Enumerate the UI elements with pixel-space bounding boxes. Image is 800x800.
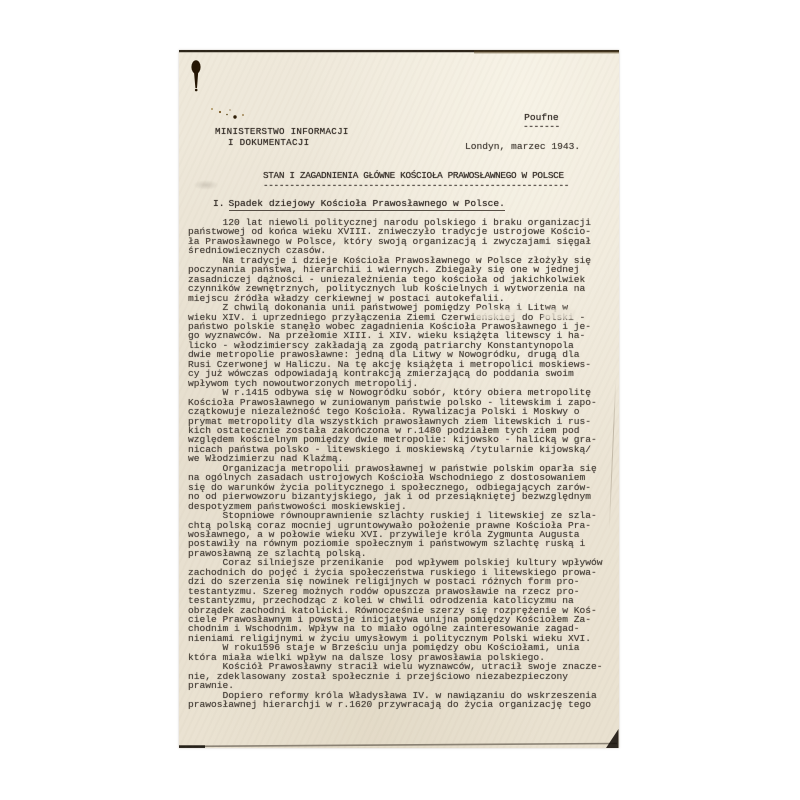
ministry-line1: MINISTERSTWO INFORMACJI — [215, 126, 349, 137]
paragraph-7: Coraz silniejsze przenikanie pod wpływem… — [188, 558, 608, 643]
document-title: STAN I ZAGADNIENIA GŁÓWNE KOŚCIOŁA PRAWO… — [263, 171, 569, 190]
faded-ink-patch — [475, 309, 521, 319]
paragraph-9: Kościół Prawosławny stracił wielu wyznaw… — [188, 662, 608, 690]
document-body: 120 lat niewoli politycznej narodu polsk… — [188, 218, 608, 710]
classification-stamp: Poufne ------- — [523, 113, 560, 131]
paragraph-5: Organizacja metropolii prawosławnej w pa… — [188, 464, 608, 511]
paper-crease — [609, 380, 617, 530]
section-heading: I.Spadek dziejowy Kościoła Prawosławnego… — [213, 199, 505, 209]
paragraph-6: Stopniowe równouprawnienie szlachty rusk… — [188, 511, 608, 558]
section-number: I. — [213, 198, 225, 209]
paragraph-2: Na tradycje i dzieje Kościoła Prawosławn… — [188, 256, 608, 303]
paragraph-4: W r.1415 odbywa się w Nowogródku sobór, … — [188, 388, 608, 464]
classification-underline: ------- — [523, 123, 560, 131]
ministry-line2: I DOKUMENTACJI — [215, 137, 349, 148]
scanned-document-screenshot: MINISTERSTWO INFORMACJI I DOKUMENTACJI P… — [0, 0, 800, 800]
ministry-letterhead: MINISTERSTWO INFORMACJI I DOKUMENTACJI — [215, 126, 349, 148]
faded-ink-patch — [543, 309, 575, 319]
paragraph-8: W roku1596 staje w Brześciu unja pomiędz… — [188, 643, 608, 662]
paragraph-10: Dopiero reformy króla Władysława IV. w n… — [188, 691, 608, 710]
document-page: MINISTERSTWO INFORMACJI I DOKUMENTACJI P… — [179, 50, 619, 748]
ink-specks — [211, 108, 244, 119]
title-underline: ----------------------------------------… — [263, 182, 569, 190]
section-title: Spadek dziejowy Kościoła Prawosławnego w… — [229, 198, 505, 211]
dateline: Londyn, marzec 1943. — [465, 141, 580, 152]
pencil-smudge — [193, 180, 219, 190]
paragraph-1: 120 lat niewoli politycznej narodu polsk… — [188, 218, 608, 256]
